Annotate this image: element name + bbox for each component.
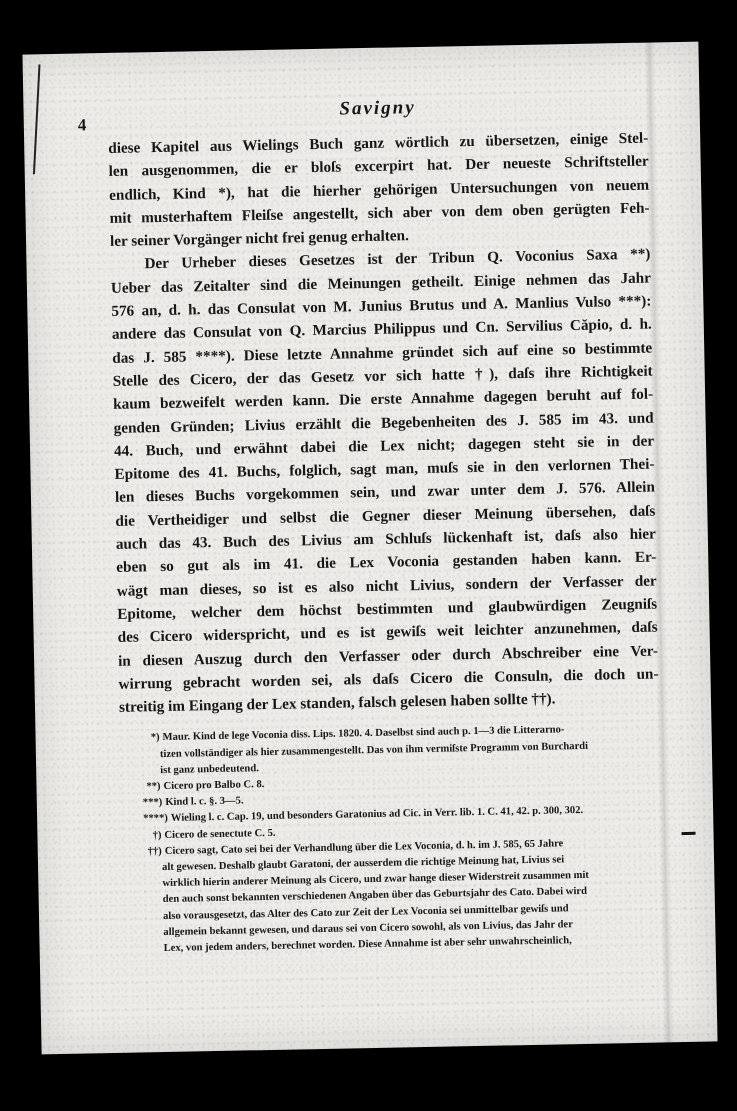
running-head: 4 Savigny — [107, 93, 647, 133]
running-head-title: Savigny — [107, 93, 647, 125]
footnote-marker: ***) — [143, 795, 166, 812]
footnote-marker: *) — [141, 730, 162, 747]
body-text: diese Kapitel aus Wielings Buch ganz wör… — [108, 127, 659, 720]
margin-mark — [682, 832, 696, 835]
footnote-text: Cicero pro Balbo C. 8. — [163, 779, 264, 792]
footnote-text: Cicero de senectute C. 5. — [164, 828, 275, 841]
fold-line-mark — [33, 64, 41, 174]
footnote-marker: **) — [142, 779, 163, 796]
footnote-marker: †) — [143, 828, 164, 845]
scanned-page: 4 Savigny diese Kapitel aus Wielings Buc… — [22, 42, 717, 1055]
footnote-marker: ****) — [143, 811, 171, 828]
page-number: 4 — [78, 115, 87, 135]
footnotes: *)Maur. Kind de lege Voconia diss. Lips.… — [119, 721, 663, 958]
footnote-6: ††)Cicero sagt, Cato sei bei der Verhand… — [162, 834, 664, 957]
footnote-text: Kind l. c. §. 3—5. — [165, 796, 243, 809]
page-content: 4 Savigny diese Kapitel aus Wielings Buc… — [107, 93, 663, 958]
footnote-marker: ††) — [144, 844, 165, 861]
